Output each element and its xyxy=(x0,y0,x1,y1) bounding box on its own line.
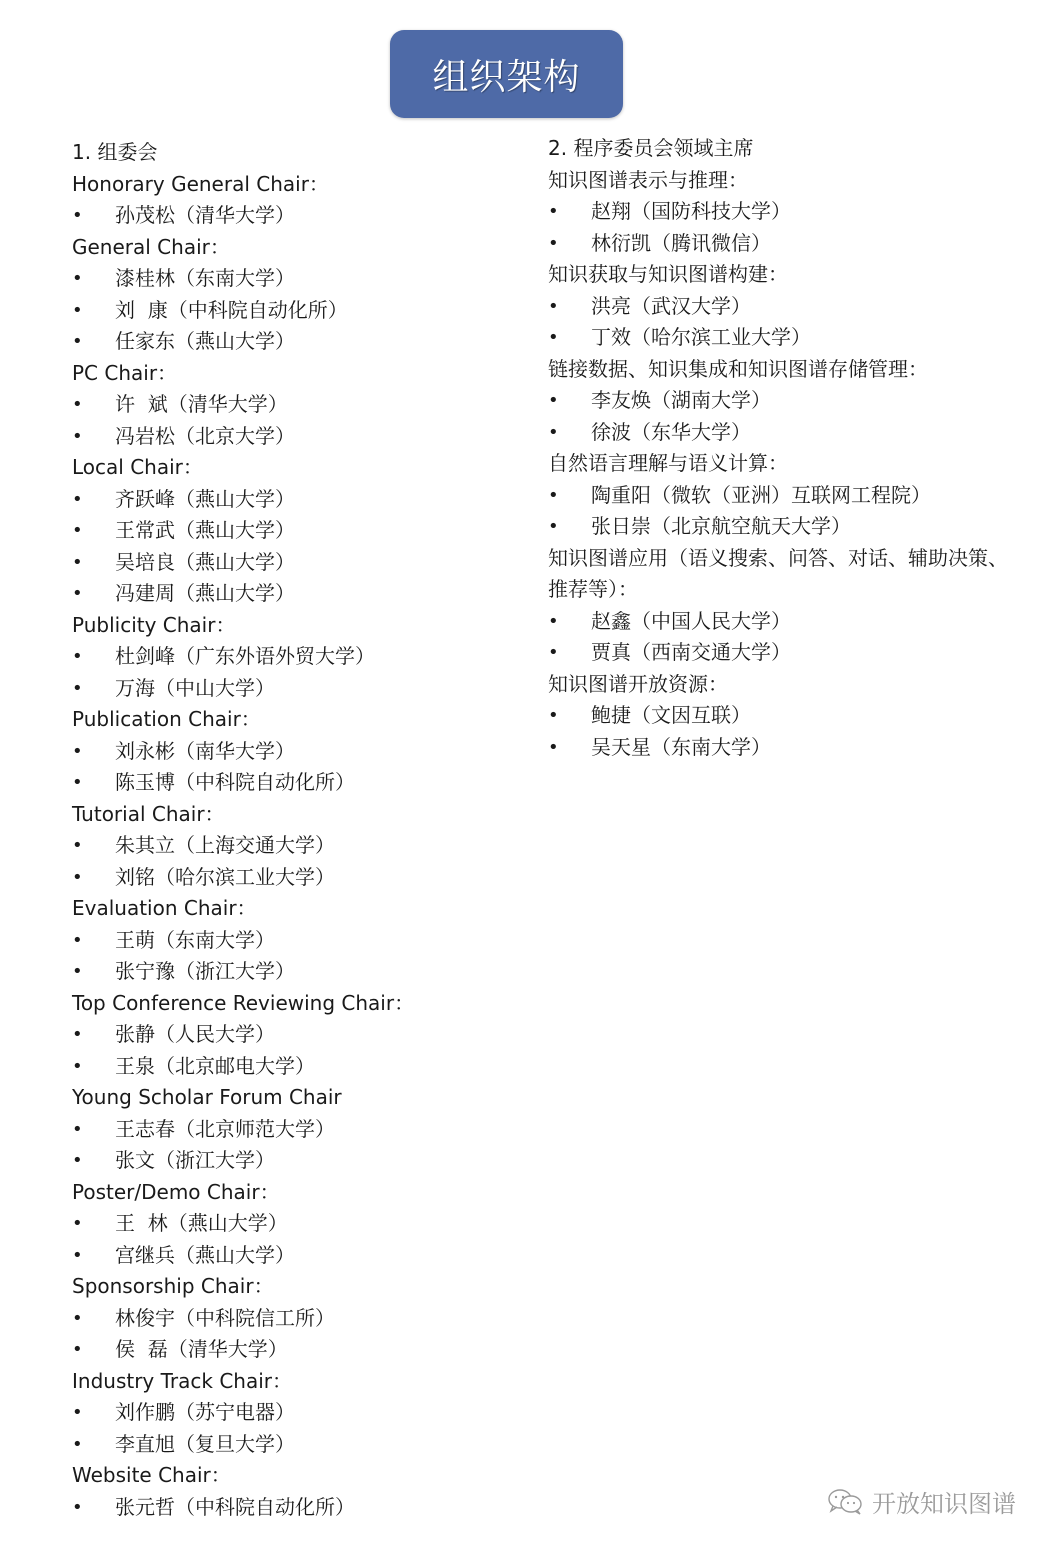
member-list-item: •万海（中山大学） xyxy=(72,673,532,705)
bullet-icon: • xyxy=(72,389,115,421)
role-heading: 知识图谱开放资源： xyxy=(548,669,1008,701)
member-name: 杜剑峰（广东外语外贸大学） xyxy=(115,641,375,673)
member-list-item: •宫继兵（燕山大学） xyxy=(72,1240,532,1272)
member-list-item: •张静（人民大学） xyxy=(72,1019,532,1051)
bullet-icon: • xyxy=(72,295,115,327)
role-heading: Top Conference Reviewing Chair： xyxy=(72,988,532,1020)
bullet-icon: • xyxy=(72,1208,115,1240)
role-heading: Publication Chair： xyxy=(72,704,532,736)
role-heading: General Chair： xyxy=(72,232,532,264)
role-heading: Evaluation Chair： xyxy=(72,893,532,925)
member-name: 洪亮（武汉大学） xyxy=(591,291,751,323)
member-name: 吴天星（东南大学） xyxy=(591,732,771,764)
member-name: 孙茂松（清华大学） xyxy=(115,200,295,232)
member-list-item: •刘永彬（南华大学） xyxy=(72,736,532,768)
role-heading: Young Scholar Forum Chair xyxy=(72,1082,532,1114)
member-name: 王萌（东南大学） xyxy=(115,925,275,957)
member-name: 刘永彬（南华大学） xyxy=(115,736,295,768)
member-list-item: •贾真（西南交通大学） xyxy=(548,637,1008,669)
member-list-item: •吴天星（东南大学） xyxy=(548,732,1008,764)
role-heading: 链接数据、知识集成和知识图谱存储管理： xyxy=(548,354,1008,386)
bullet-icon: • xyxy=(72,1492,115,1524)
member-name: 林俊宇（中科院信工所） xyxy=(115,1303,335,1335)
member-name: 陈玉博（中科院自动化所） xyxy=(115,767,355,799)
bullet-icon: • xyxy=(72,326,115,358)
member-name: 刘 康（中科院自动化所） xyxy=(115,295,348,327)
section-title: 2. 程序委员会领域主席 xyxy=(548,133,1008,165)
bullet-icon: • xyxy=(72,1303,115,1335)
bullet-icon: • xyxy=(72,1240,115,1272)
member-name: 张元哲（中科院自动化所） xyxy=(115,1492,355,1524)
bullet-icon: • xyxy=(548,228,591,260)
bullet-icon: • xyxy=(548,606,591,638)
member-list-item: •赵翔（国防科技大学） xyxy=(548,196,1008,228)
role-heading: Publicity Chair： xyxy=(72,610,532,642)
member-list-item: •吴培良（燕山大学） xyxy=(72,547,532,579)
member-name: 徐波（东华大学） xyxy=(591,417,751,449)
member-name: 张宁豫（浙江大学） xyxy=(115,956,295,988)
member-list-item: •林衍凯（腾讯微信） xyxy=(548,228,1008,260)
member-name: 张静（人民大学） xyxy=(115,1019,275,1051)
bullet-icon: • xyxy=(72,200,115,232)
role-heading: 自然语言理解与语义计算： xyxy=(548,448,1008,480)
bullet-icon: • xyxy=(72,1145,115,1177)
bullet-icon: • xyxy=(548,637,591,669)
role-heading: Website Chair： xyxy=(72,1460,532,1492)
member-list-item: •张日崇（北京航空航天大学） xyxy=(548,511,1008,543)
bullet-icon: • xyxy=(72,1114,115,1146)
role-heading: Poster/Demo Chair： xyxy=(72,1177,532,1209)
title-banner: 组织架构 xyxy=(390,30,623,118)
bullet-icon: • xyxy=(72,956,115,988)
member-name: 漆桂林（东南大学） xyxy=(115,263,295,295)
member-list-item: •张元哲（中科院自动化所） xyxy=(72,1492,532,1524)
bullet-icon: • xyxy=(72,767,115,799)
role-heading: 知识图谱应用（语义搜索、问答、对话、辅助决策、推荐等）： xyxy=(548,543,1008,606)
member-name: 许 斌（清华大学） xyxy=(115,389,288,421)
bullet-icon: • xyxy=(72,1051,115,1083)
member-list-item: •丁效（哈尔滨工业大学） xyxy=(548,322,1008,354)
member-name: 贾真（西南交通大学） xyxy=(591,637,791,669)
member-list-item: •刘作鹏（苏宁电器） xyxy=(72,1397,532,1429)
bullet-icon: • xyxy=(72,673,115,705)
page-title: 组织架构 xyxy=(432,49,580,100)
bullet-icon: • xyxy=(548,480,591,512)
member-name: 张文（浙江大学） xyxy=(115,1145,275,1177)
member-list-item: •冯岩松（北京大学） xyxy=(72,421,532,453)
role-heading: Local Chair： xyxy=(72,452,532,484)
role-heading: 知识获取与知识图谱构建： xyxy=(548,259,1008,291)
member-name: 刘铭（哈尔滨工业大学） xyxy=(115,862,335,894)
member-name: 李直旭（复旦大学） xyxy=(115,1429,295,1461)
member-name: 王常武（燕山大学） xyxy=(115,515,295,547)
bullet-icon: • xyxy=(548,700,591,732)
member-list-item: •许 斌（清华大学） xyxy=(72,389,532,421)
member-list-item: •林俊宇（中科院信工所） xyxy=(72,1303,532,1335)
member-list-item: •侯 磊（清华大学） xyxy=(72,1334,532,1366)
member-list-item: •齐跃峰（燕山大学） xyxy=(72,484,532,516)
member-name: 王泉（北京邮电大学） xyxy=(115,1051,315,1083)
member-list-item: •赵鑫（中国人民大学） xyxy=(548,606,1008,638)
member-name: 侯 磊（清华大学） xyxy=(115,1334,288,1366)
member-list-item: •李直旭（复旦大学） xyxy=(72,1429,532,1461)
member-name: 吴培良（燕山大学） xyxy=(115,547,295,579)
role-heading: PC Chair： xyxy=(72,358,532,390)
bullet-icon: • xyxy=(72,830,115,862)
bullet-icon: • xyxy=(72,515,115,547)
member-list-item: •王常武（燕山大学） xyxy=(72,515,532,547)
role-heading: Sponsorship Chair： xyxy=(72,1271,532,1303)
member-name: 陶重阳（微软（亚洲）互联网工程院） xyxy=(591,480,931,512)
member-name: 齐跃峰（燕山大学） xyxy=(115,484,295,516)
member-list-item: •张文（浙江大学） xyxy=(72,1145,532,1177)
bullet-icon: • xyxy=(72,862,115,894)
member-name: 宫继兵（燕山大学） xyxy=(115,1240,295,1272)
bullet-icon: • xyxy=(72,925,115,957)
member-list-item: •朱其立（上海交通大学） xyxy=(72,830,532,862)
member-list-item: •刘铭（哈尔滨工业大学） xyxy=(72,862,532,894)
member-name: 王志春（北京师范大学） xyxy=(115,1114,335,1146)
bullet-icon: • xyxy=(548,417,591,449)
bullet-icon: • xyxy=(72,1334,115,1366)
bullet-icon: • xyxy=(72,547,115,579)
watermark-text: 开放知识图谱 xyxy=(872,1484,1016,1519)
member-list-item: •王萌（东南大学） xyxy=(72,925,532,957)
member-list-item: •王 林（燕山大学） xyxy=(72,1208,532,1240)
bullet-icon: • xyxy=(548,732,591,764)
bullet-icon: • xyxy=(548,196,591,228)
member-list-item: •洪亮（武汉大学） xyxy=(548,291,1008,323)
role-heading: Industry Track Chair： xyxy=(72,1366,532,1398)
member-list-item: •徐波（东华大学） xyxy=(548,417,1008,449)
bullet-icon: • xyxy=(548,322,591,354)
bullet-icon: • xyxy=(72,578,115,610)
member-name: 万海（中山大学） xyxy=(115,673,275,705)
member-list-item: •冯建周（燕山大学） xyxy=(72,578,532,610)
bullet-icon: • xyxy=(72,484,115,516)
member-name: 林衍凯（腾讯微信） xyxy=(591,228,771,260)
bullet-icon: • xyxy=(72,1397,115,1429)
member-list-item: •任家东（燕山大学） xyxy=(72,326,532,358)
watermark: 开放知识图谱 xyxy=(826,1484,1016,1519)
role-heading: 知识图谱表示与推理： xyxy=(548,165,1008,197)
bullet-icon: • xyxy=(548,511,591,543)
bullet-icon: • xyxy=(548,385,591,417)
section-title: 1. 组委会 xyxy=(72,137,532,169)
member-list-item: •刘 康（中科院自动化所） xyxy=(72,295,532,327)
bullet-icon: • xyxy=(72,1429,115,1461)
member-list-item: •漆桂林（东南大学） xyxy=(72,263,532,295)
member-list-item: •鲍捷（文因互联） xyxy=(548,700,1008,732)
organizing-committee-column: 1. 组委会Honorary General Chair：•孙茂松（清华大学）G… xyxy=(72,137,532,1523)
member-name: 冯建周（燕山大学） xyxy=(115,578,295,610)
member-name: 李友焕（湖南大学） xyxy=(591,385,771,417)
member-list-item: •孙茂松（清华大学） xyxy=(72,200,532,232)
member-name: 张日崇（北京航空航天大学） xyxy=(591,511,851,543)
member-list-item: •杜剑峰（广东外语外贸大学） xyxy=(72,641,532,673)
member-name: 冯岩松（北京大学） xyxy=(115,421,295,453)
member-list-item: •陶重阳（微软（亚洲）互联网工程院） xyxy=(548,480,1008,512)
bullet-icon: • xyxy=(72,1019,115,1051)
program-committee-column: 2. 程序委员会领域主席知识图谱表示与推理：•赵翔（国防科技大学）•林衍凯（腾讯… xyxy=(548,133,1008,763)
member-list-item: •王泉（北京邮电大学） xyxy=(72,1051,532,1083)
member-name: 朱其立（上海交通大学） xyxy=(115,830,335,862)
bullet-icon: • xyxy=(72,641,115,673)
wechat-icon xyxy=(826,1487,866,1517)
member-name: 赵鑫（中国人民大学） xyxy=(591,606,791,638)
bullet-icon: • xyxy=(72,263,115,295)
member-list-item: •王志春（北京师范大学） xyxy=(72,1114,532,1146)
role-heading: Tutorial Chair： xyxy=(72,799,532,831)
member-name: 刘作鹏（苏宁电器） xyxy=(115,1397,295,1429)
member-name: 王 林（燕山大学） xyxy=(115,1208,288,1240)
role-heading: Honorary General Chair： xyxy=(72,169,532,201)
member-list-item: •李友焕（湖南大学） xyxy=(548,385,1008,417)
member-list-item: •陈玉博（中科院自动化所） xyxy=(72,767,532,799)
member-name: 丁效（哈尔滨工业大学） xyxy=(591,322,811,354)
member-name: 任家东（燕山大学） xyxy=(115,326,295,358)
bullet-icon: • xyxy=(72,736,115,768)
bullet-icon: • xyxy=(72,421,115,453)
member-name: 鲍捷（文因互联） xyxy=(591,700,751,732)
member-list-item: •张宁豫（浙江大学） xyxy=(72,956,532,988)
bullet-icon: • xyxy=(548,291,591,323)
member-name: 赵翔（国防科技大学） xyxy=(591,196,791,228)
